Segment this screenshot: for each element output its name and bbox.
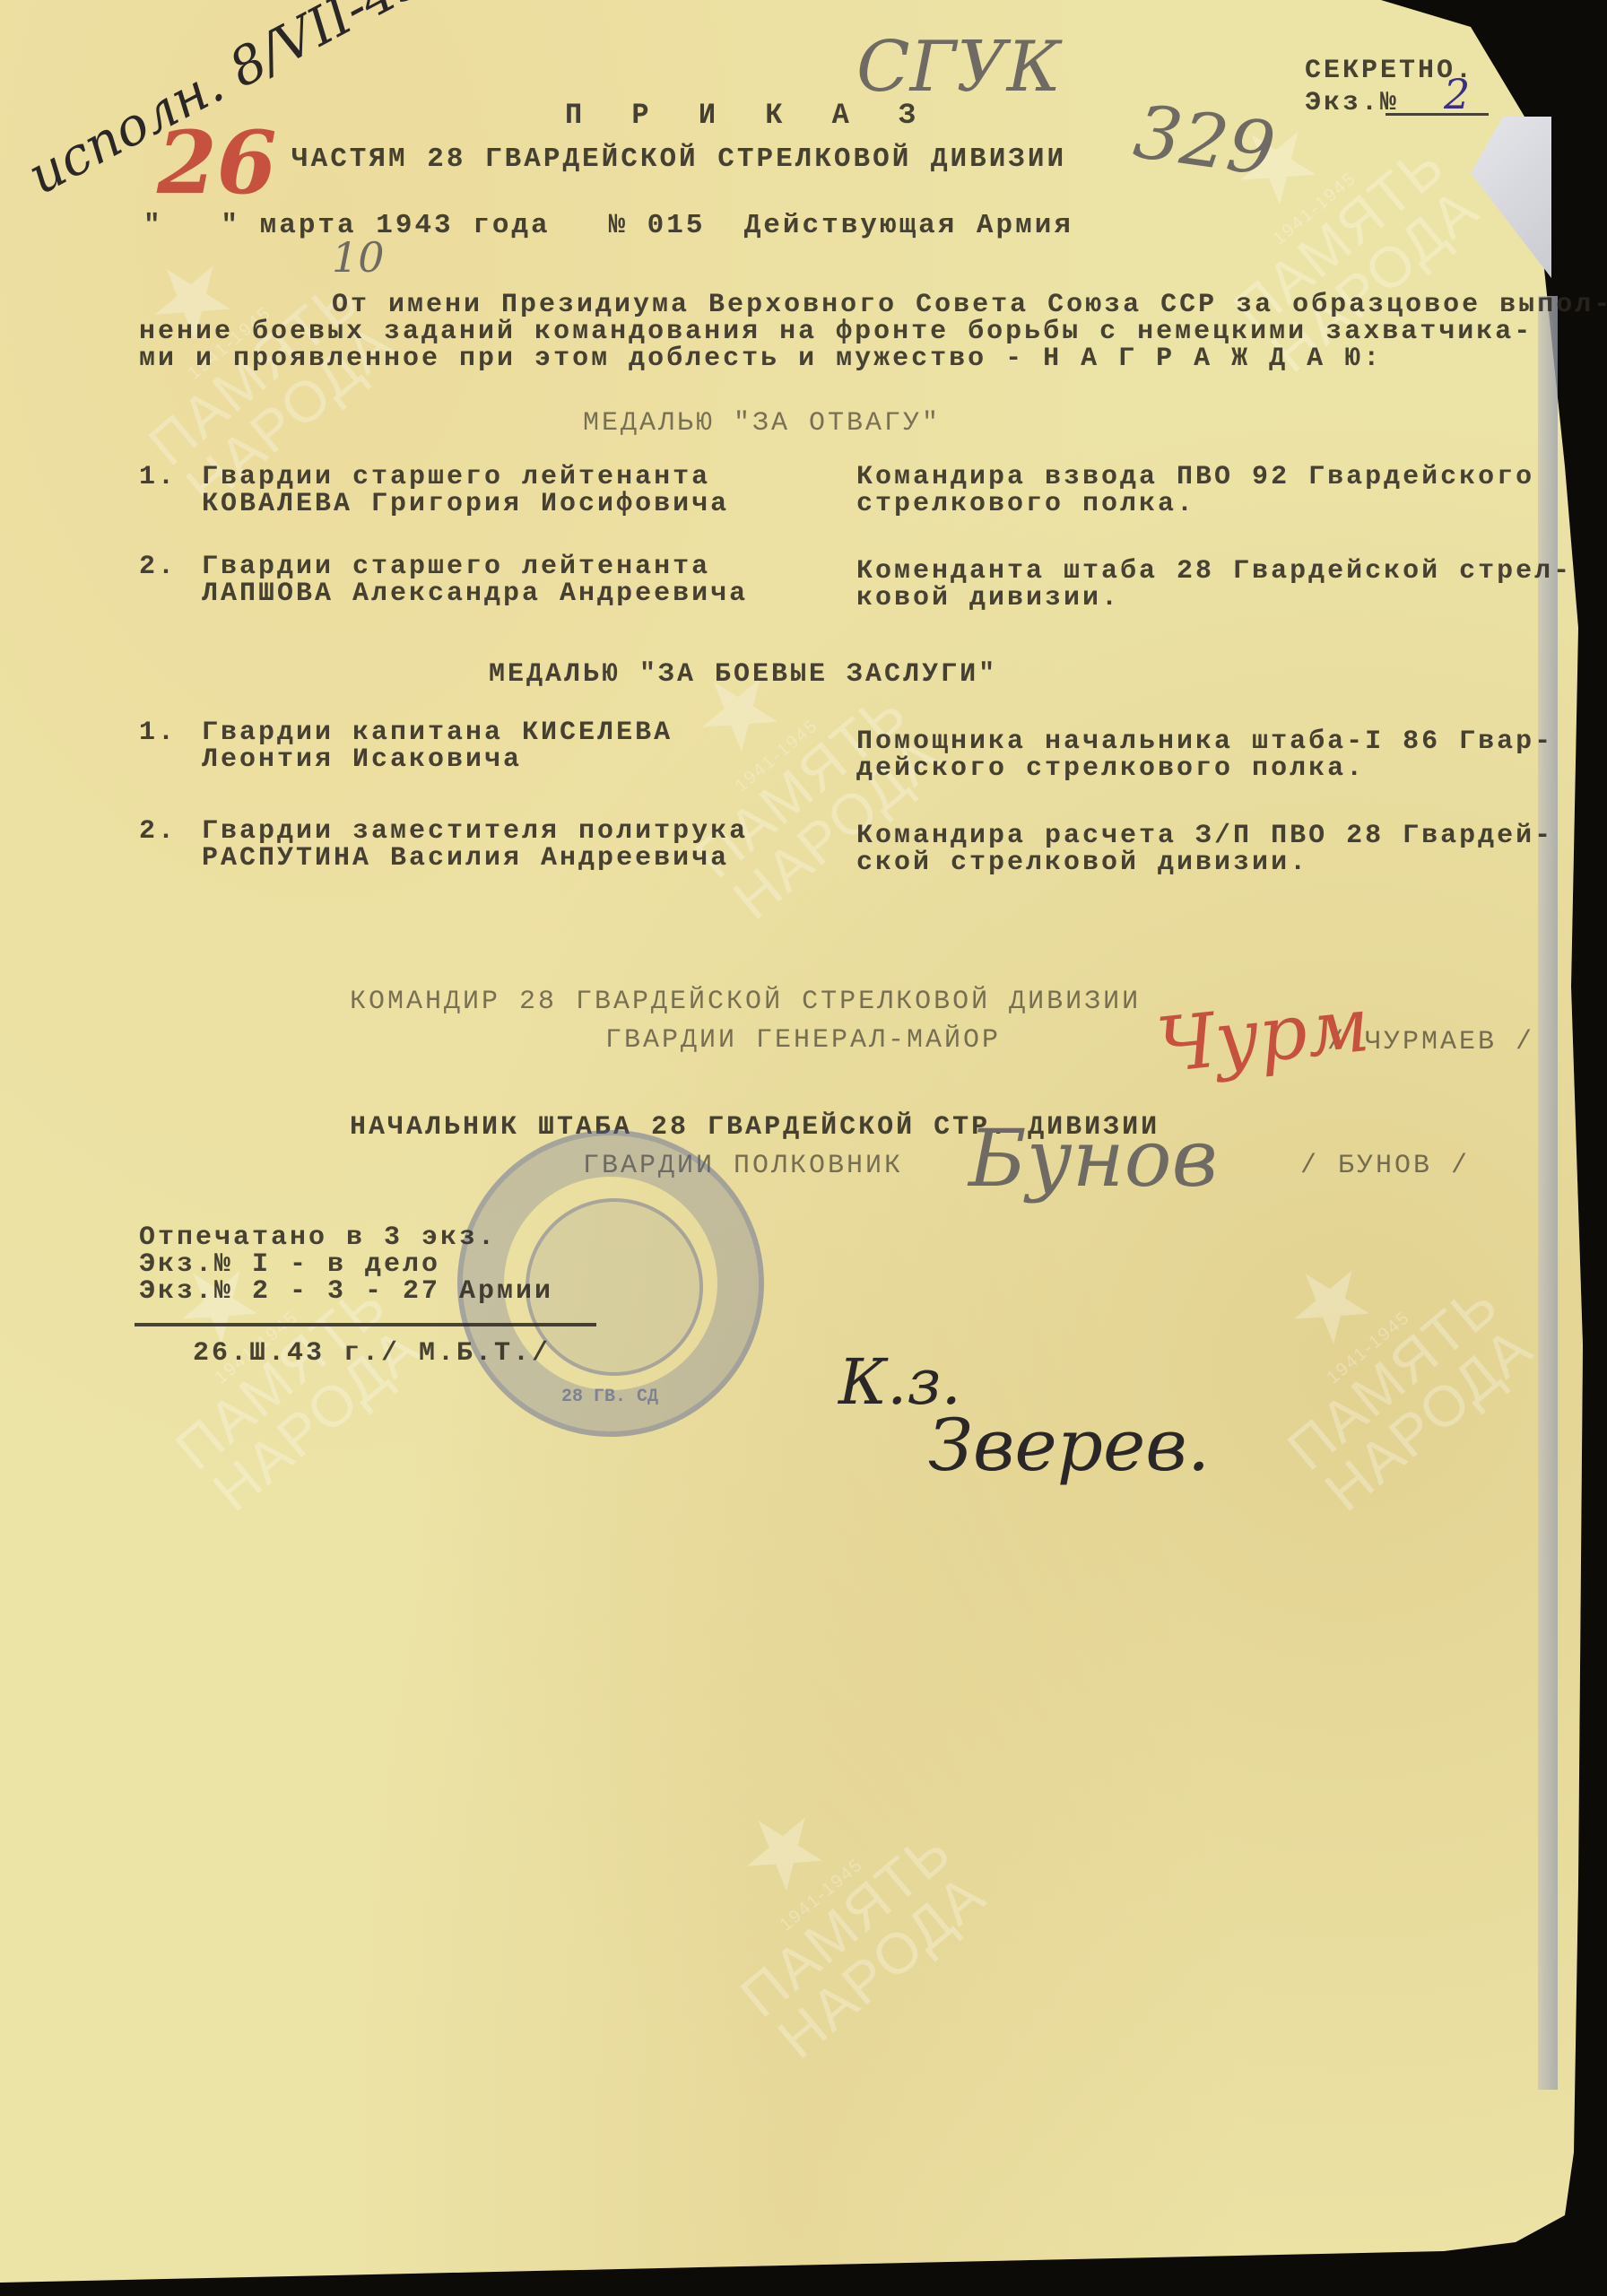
signature-title: ГВАРДИИ ГЕНЕРАЛ-МАЙОР: [605, 1025, 1001, 1056]
copy-number-underline: [1385, 113, 1489, 116]
date-line: " " марта 1943 года № 015 Действующая Ар…: [143, 210, 1073, 241]
distribution-line: Экз.№ I - в дело: [139, 1249, 440, 1280]
entry-name: Леонтия Исаковича: [202, 744, 522, 775]
entry-number: 2.: [139, 552, 177, 582]
section-heading: МЕДАЛЬЮ "ЗА БОЕВЫЕ ЗАСЛУГИ": [489, 659, 997, 690]
margin-number: 10: [332, 233, 385, 282]
entry-number: 2.: [139, 816, 177, 847]
stamp-text: 28 ГВ. СД: [561, 1387, 658, 1407]
divider-line: [135, 1323, 596, 1326]
entry-position: Помощника начальника штаба-I 86 Гвар-: [856, 726, 1553, 757]
entry-position: ской стрелковой дивизии.: [856, 848, 1308, 878]
handwritten-abbreviation: СГУК: [856, 27, 1061, 108]
entry-rank: Гвардии старшего лейтенанта: [202, 462, 710, 492]
distribution-line: Экз.№ 2 - 3 - 27 Армии: [139, 1276, 553, 1307]
entry-name: РАСПУТИНА Василия Андреевича: [202, 843, 729, 874]
entry-position: Коменданта штаба 28 Гвардейской стрел-: [856, 556, 1572, 587]
bottom-note: Зверев.: [928, 1404, 1210, 1487]
distribution-line: Отпечатано в 3 экз.: [139, 1222, 497, 1253]
entry-number: 1.: [139, 717, 177, 748]
entry-position: стрелкового полка.: [856, 489, 1195, 519]
copy-number-handwritten: 2: [1444, 70, 1470, 118]
section-heading: МЕДАЛЬЮ "ЗА ОТВАГУ": [583, 408, 941, 439]
preamble-line: нение боевых заданий командования на фро…: [139, 317, 1533, 347]
entry-rank: Гвардии заместителя политрука: [202, 816, 748, 847]
entry-number: 1.: [139, 462, 177, 492]
signature-title: КОМАНДИР 28 ГВАРДЕЙСКОЙ СТРЕЛКОВОЙ ДИВИЗ…: [350, 987, 1141, 1017]
entry-position: ковой дивизии.: [856, 583, 1120, 613]
entry-position: Командира взвода ПВО 92 Гвардейского: [856, 462, 1534, 492]
document-subtitle: ЧАСТЯМ 28 ГВАРДЕЙСКОЙ СТРЕЛКОВОЙ ДИВИЗИИ: [291, 143, 1066, 175]
entry-rank: Гвардии капитана КИСЕЛЕВА: [202, 717, 673, 748]
signature-name: / БУНОВ /: [1300, 1151, 1470, 1181]
preamble-line: От имени Президиума Верховного Совета Со…: [332, 290, 1607, 320]
entry-name: ЛАПШОВА Александра Андреевича: [202, 578, 748, 609]
entry-position: дейского стрелкового полка.: [856, 753, 1365, 784]
entry-name: КОВАЛЕВА Григория Иосифовича: [202, 489, 729, 519]
entry-rank: Гвардии старшего лейтенанта: [202, 552, 710, 582]
entry-position: Командира расчета З/П ПВО 28 Гвардей-: [856, 821, 1553, 851]
typist-footer: 26.Ш.43 г./ М.Б.Т./: [193, 1338, 551, 1369]
preamble-line: ми и проявленное при этом доблесть и муж…: [139, 344, 1382, 374]
signature-handwritten: Бунов: [969, 1112, 1218, 1205]
